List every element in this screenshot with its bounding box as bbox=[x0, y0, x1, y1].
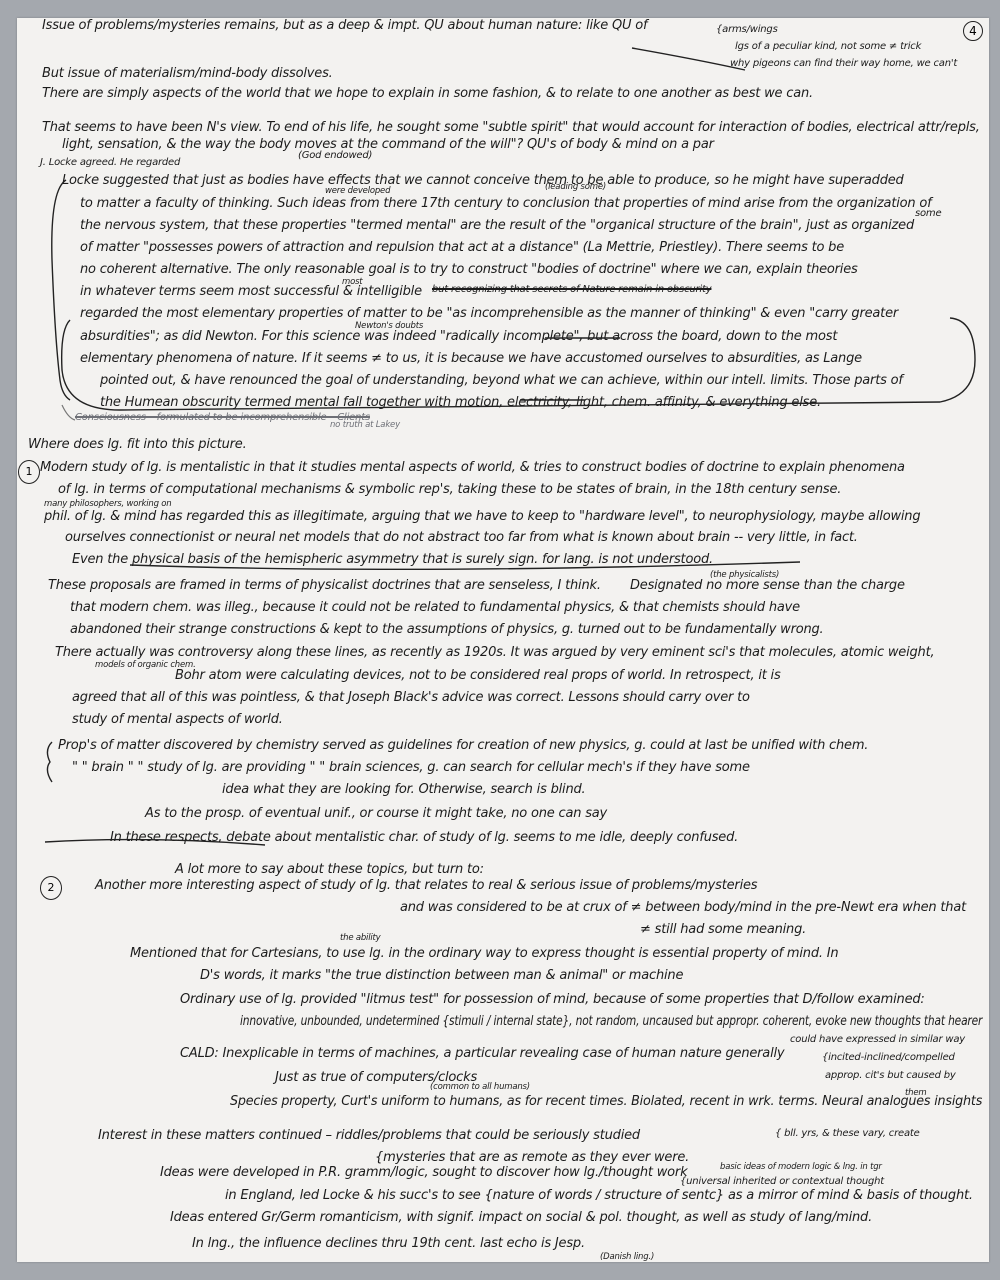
brace bbox=[47, 742, 52, 782]
pen-marks bbox=[0, 0, 1000, 1280]
annotation-stroke bbox=[632, 48, 745, 70]
loop-annotation bbox=[62, 318, 975, 410]
divider-stroke bbox=[45, 840, 265, 845]
bracket-left bbox=[52, 180, 70, 400]
underline-stroke bbox=[130, 562, 800, 569]
